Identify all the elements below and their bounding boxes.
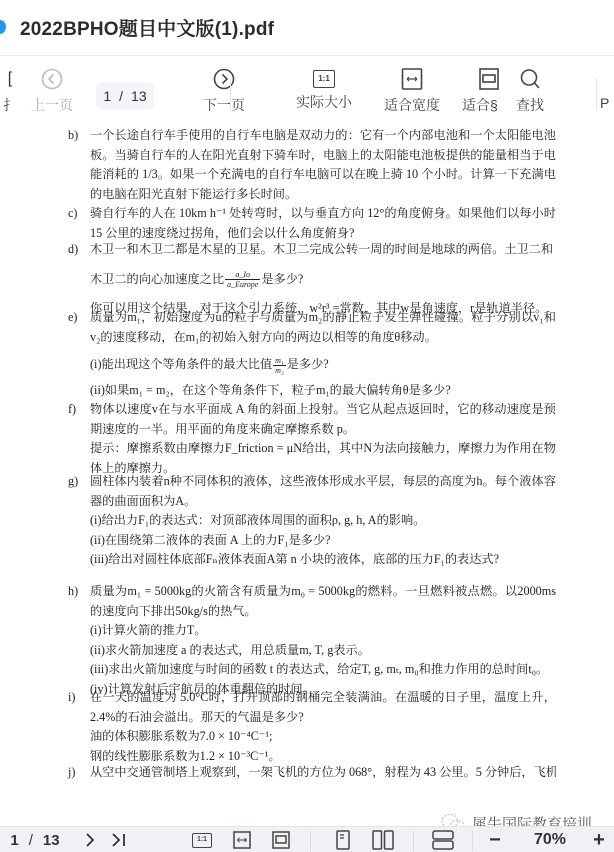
- toolbar-cut-left-label: 扌: [0, 95, 20, 115]
- bottom-actual-size-button[interactable]: 1:1: [190, 827, 214, 852]
- next-page-label: 下一页: [196, 95, 252, 115]
- page-current: 1: [103, 88, 111, 104]
- fraction-denominator: m₂: [273, 366, 286, 375]
- question-text: 一个长途自行车手使用的自行车电脑是双动力的：它有一个内部电池和一个太阳能电池板。…: [90, 126, 556, 204]
- actual-size-icon: 1:1: [313, 70, 335, 88]
- two-page-view-button[interactable]: [369, 827, 397, 852]
- sub-question: (ii)求火箭加速度 a 的表达式，用总质量m, T, g表示。: [90, 641, 556, 661]
- question-label: b): [68, 126, 90, 146]
- question-label: f): [68, 400, 90, 420]
- sub-question: (i)能出现这个等角条件的最大比值m₁m₂是多少?: [90, 355, 556, 375]
- bottom-fit-page-button[interactable]: [269, 827, 293, 852]
- zoom-level-value: 70%: [534, 831, 566, 849]
- question-label: d): [68, 240, 90, 260]
- question-i: i) 在一天的温度为 5.0°C时，打开顶部的钢桶完全装满油。在温暖的日子里，温…: [68, 688, 556, 766]
- plus-icon: +: [593, 829, 605, 852]
- actual-size-button[interactable]: 1:1 实际大小: [288, 67, 360, 119]
- single-page-view-button[interactable]: [332, 827, 354, 852]
- fit-width-label: 适合宽度: [376, 95, 448, 115]
- question-text: 从空中交通管制塔上观察到，一架飞机的方位为 068°，射程为 43 公里。5 分…: [90, 763, 556, 783]
- toolbar: [ 扌 上一页 下一页 1:1 实际大小 适合宽度 适合§ 查找 P: [0, 57, 614, 125]
- document-page: b) 一个长途自行车手使用的自行车电脑是双动力的：它有一个内部电池和一个太阳能电…: [0, 126, 614, 826]
- toolbar-divider: [230, 78, 231, 110]
- question-text: 木卫一和木卫二都是木星的卫星。木卫二完成公转一周的时间是地球的两倍。土卫二和: [90, 240, 556, 260]
- two-page-icon: [372, 830, 394, 850]
- question-text: 圆柱体内装着n种不同体积的液体，这些液体形成水平层，每层的高度为h。每个液体容器…: [90, 472, 556, 511]
- prev-page-label: 上一页: [24, 95, 80, 115]
- question-j: j) 从空中交通管制塔上观察到，一架飞机的方位为 068°，射程为 43 公里。…: [68, 763, 556, 783]
- sub-question: (iii)求出火箭加速度与时间的函数 t 的表达式，给定T, g, mₜ, m₀…: [90, 660, 556, 680]
- chevron-right-icon: [84, 832, 96, 848]
- minus-icon: −: [489, 829, 501, 852]
- toolbar-divider: [596, 78, 597, 110]
- text-span: 是多少?: [287, 357, 329, 371]
- bottom-divider: [472, 831, 473, 851]
- question-c: c) 骑自行车的人在 10km h⁻¹ 处转弯时，以与垂直方向 12°的角度俯身…: [68, 204, 556, 243]
- chevron-left-circle-icon: [40, 67, 64, 91]
- bottom-next-page-button[interactable]: [80, 827, 100, 852]
- next-page-button[interactable]: 下一页: [196, 67, 252, 119]
- question-f: f) 物体以速度v在与水平面成 A 角的斜面上投射。当它从起点返回时，它的移动速…: [68, 400, 556, 478]
- app-icon: [0, 20, 6, 34]
- fraction-numerator: a_Io: [225, 270, 260, 280]
- bottom-divider: [413, 831, 414, 851]
- bottom-bar: 1 / 13 1:1 − 70% +: [0, 826, 614, 852]
- single-page-icon: [336, 830, 350, 850]
- toolbar-item-cut-right[interactable]: P: [600, 67, 614, 119]
- sub-question: (iii)给出对圆柱体底部Fₙ液体表面A第 n 小块的液体，底部的压力F₁的表达…: [90, 550, 556, 570]
- sub-question: (ii)在围绕第二液体的表面 A 上的力F₁是多少?: [90, 531, 556, 551]
- page-total: 13: [131, 88, 147, 104]
- question-text: 在一天的温度为 5.0°C时，打开顶部的钢桶完全装满油。在温暖的日子里，温度上升…: [90, 688, 556, 727]
- chevron-right-circle-icon: [212, 67, 236, 91]
- question-label: e): [68, 308, 90, 328]
- partial-icon: [: [0, 67, 20, 91]
- question-text: 木卫二的向心加速度之比a_Ioa_Europe是多少?: [90, 270, 556, 290]
- bottom-fit-width-button[interactable]: [230, 827, 254, 852]
- last-page-icon: [110, 832, 128, 848]
- text-span: 木卫二的向心加速度之比: [90, 272, 224, 286]
- question-label: c): [68, 204, 90, 224]
- text-span: (i)能出现这个等角条件的最大比值: [90, 357, 272, 371]
- partial-icon: [600, 67, 614, 91]
- page-separator: /: [119, 88, 123, 104]
- question-text: 物体以速度v在与水平面成 A 角的斜面上投射。当它从起点返回时，它的移动速度是预…: [90, 400, 556, 439]
- actual-size-label: 实际大小: [288, 92, 360, 112]
- zoom-out-button[interactable]: −: [484, 827, 506, 852]
- fraction: a_Ioa_Europe: [225, 270, 260, 289]
- question-h: h) 质量为m₁ = 5000kg的火箭含有质量为m₀ = 5000kg的燃料。…: [68, 582, 556, 700]
- fraction-denominator: a_Europe: [225, 280, 260, 289]
- bottom-page-separator: /: [29, 832, 33, 849]
- actual-size-icon: 1:1: [192, 833, 212, 848]
- fit-page-label: 适合§: [462, 95, 506, 115]
- fraction: m₁m₂: [273, 356, 286, 375]
- question-text: 质量为m₁，初始速度为u的粒子与质量为m₂的静止粒子发生弹性碰撞。粒子分别以v₁…: [90, 308, 556, 347]
- prev-page-button[interactable]: 上一页: [24, 67, 80, 119]
- zoom-level[interactable]: 70%: [522, 827, 578, 852]
- sub-question: (i)计算火箭的推力T。: [90, 621, 556, 641]
- bottom-divider: [310, 831, 311, 851]
- question-data: 油的体积膨胀系数为7.0 × 10⁻⁴C⁻¹;: [90, 727, 556, 747]
- bottom-page-total: 13: [43, 832, 60, 849]
- sub-question: (i)给出力F₁的表达式：对顶部液体周围的面积ρ, g, h, A的影响。: [90, 511, 556, 531]
- fit-width-button[interactable]: 适合宽度: [376, 67, 448, 119]
- toolbar-item-cut-left[interactable]: [ 扌: [0, 67, 20, 119]
- sub-question: (ii)如果m₁ = m₂，在这个等角条件下，粒子m₁的最大偏转角θ是多少?: [90, 381, 556, 401]
- find-label: 查找: [510, 95, 550, 115]
- zoom-in-button[interactable]: +: [588, 827, 610, 852]
- toolbar-cut-right-label: P: [600, 95, 614, 111]
- question-b: b) 一个长途自行车手使用的自行车电脑是双动力的：它有一个内部电池和一个太阳能电…: [68, 126, 556, 204]
- fit-width-icon: [401, 67, 423, 91]
- page-number-input[interactable]: 1 / 13: [96, 82, 154, 110]
- question-label: h): [68, 582, 90, 602]
- question-text: 骑自行车的人在 10km h⁻¹ 处转弯时，以与垂直方向 12°的角度俯身。如果…: [90, 204, 556, 243]
- fit-width-icon: [233, 831, 251, 849]
- continuous-scroll-icon: [432, 830, 454, 850]
- title-bar: 2022BPHO题目中文版(1).pdf: [0, 0, 614, 56]
- fraction-numerator: m₁: [273, 356, 286, 366]
- last-page-button[interactable]: [108, 827, 130, 852]
- fit-page-icon: [272, 831, 290, 849]
- question-label: i): [68, 688, 90, 708]
- bottom-page-indicator[interactable]: 1 / 13: [4, 827, 66, 852]
- text-span: 是多少?: [261, 272, 303, 286]
- question-label: g): [68, 472, 90, 492]
- question-text: 质量为m₁ = 5000kg的火箭含有质量为m₀ = 5000kg的燃料。一旦燃…: [90, 582, 556, 621]
- fit-page-icon: [478, 67, 500, 91]
- question-label: j): [68, 763, 90, 783]
- question-e: e) 质量为m₁，初始速度为u的粒子与质量为m₂的静止粒子发生弹性碰撞。粒子分别…: [68, 308, 556, 400]
- bottom-page-current: 1: [10, 832, 18, 849]
- find-button[interactable]: 查找: [510, 67, 550, 119]
- search-icon: [518, 67, 542, 91]
- document-title: 2022BPHO题目中文版(1).pdf: [20, 14, 274, 41]
- fit-page-button[interactable]: 适合§: [462, 67, 506, 119]
- question-g: g) 圆柱体内装着n种不同体积的液体，这些液体形成水平层，每层的高度为h。每个液…: [68, 472, 556, 570]
- continuous-scroll-button[interactable]: [428, 827, 458, 852]
